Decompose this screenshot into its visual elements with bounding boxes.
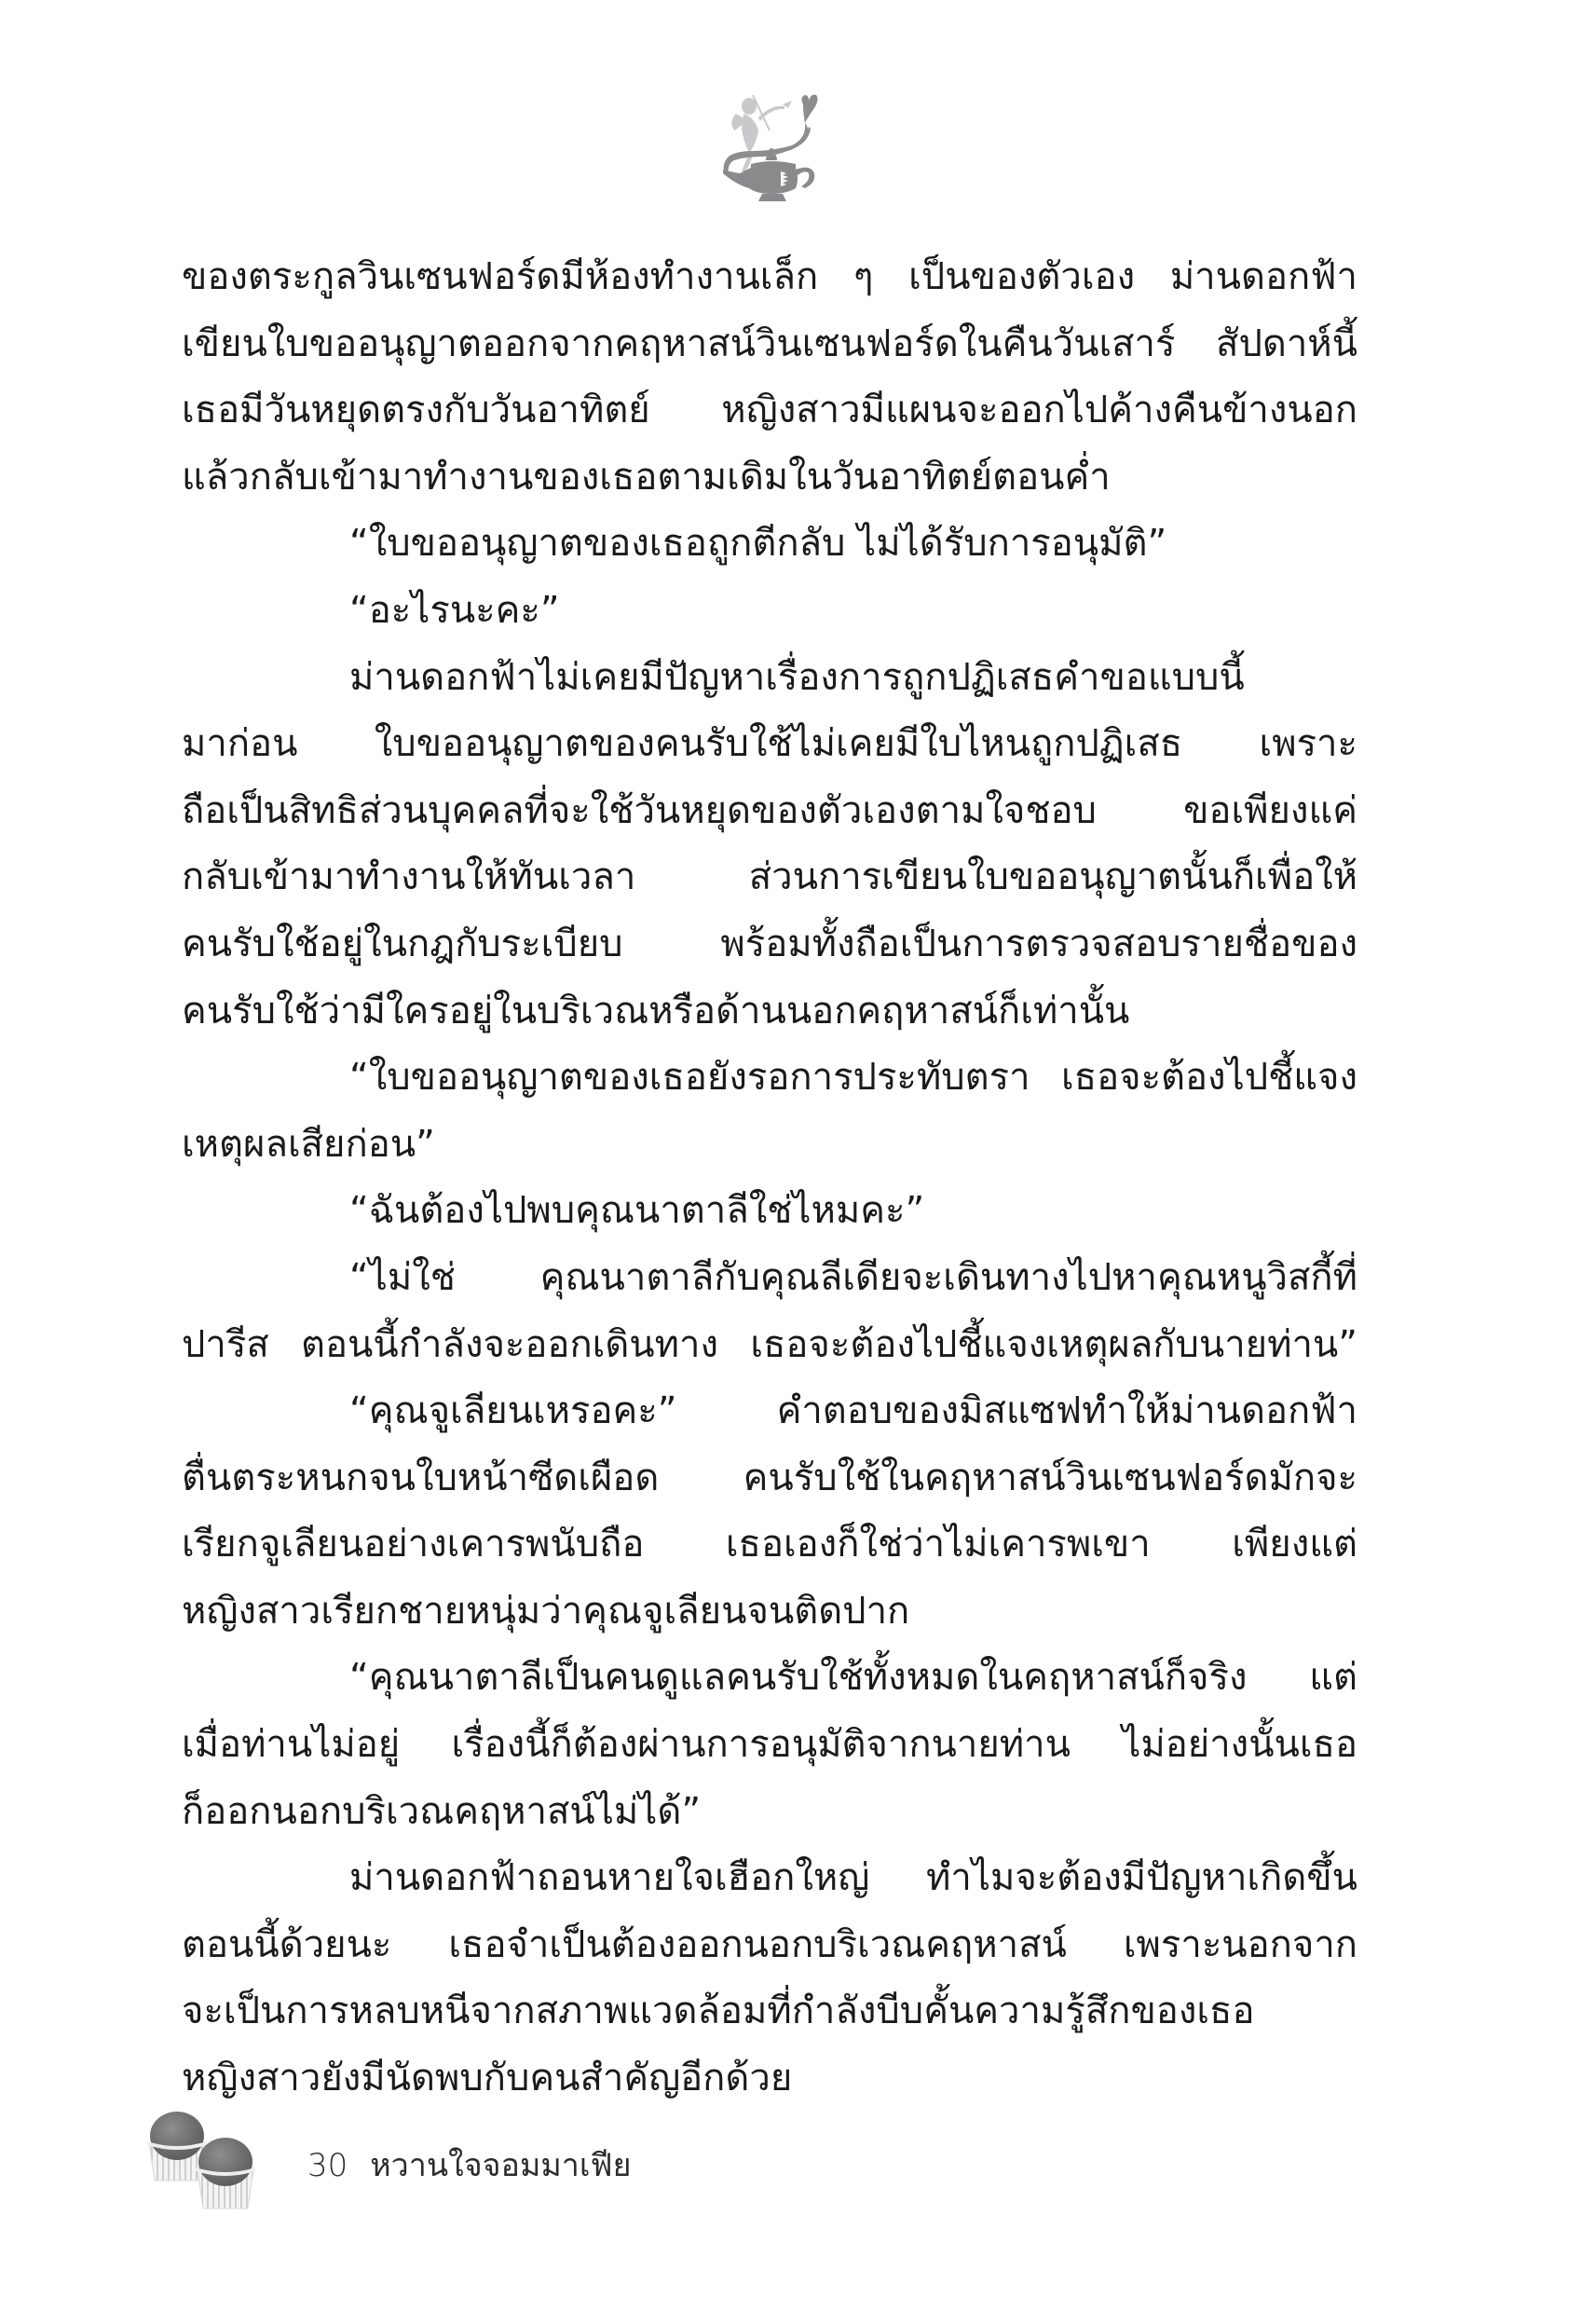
magic-lamp-cupid-icon [708, 86, 829, 202]
text-line: แล้วกลับเข้ามาทำงานของเธอตามเดิมในวันอาท… [182, 444, 1357, 512]
body-text: ของตระกูลวินเซนฟอร์ดมีห้องทำงานเล็ก ๆ เป… [182, 244, 1357, 2113]
text-line: ของตระกูลวินเซนฟอร์ดมีห้องทำงานเล็ก ๆ เป… [182, 244, 1357, 311]
text-line: ตอนนี้ด้วยนะ เธอจำเป็นต้องออกนอกบริเวณคฤ… [182, 1912, 1357, 1979]
book-page: ของตระกูลวินเซนฟอร์ดมีห้องทำงานเล็ก ๆ เป… [0, 0, 1596, 2311]
paragraph-first-line: “คุณนาตาลีเป็นคนดูแลคนรับใช้ทั้งหมดในคฤห… [182, 1645, 1357, 1712]
paragraph-first-line: “คุณจูเลียนเหรอคะ” คำตอบของมิสแซฟทำให้ม่… [182, 1378, 1357, 1445]
text-line: ถือเป็นสิทธิส่วนบุคคลที่จะใช้วันหยุดของต… [182, 778, 1357, 845]
text-line: เรียกจูเลียนอย่างเคารพนับถือ เธอเองก็ใช่… [182, 1511, 1357, 1579]
paragraph-first-line: “ใบขออนุญาตของเธอถูกตีกลับ ไม่ได้รับการอ… [182, 511, 1357, 578]
paragraph-first-line: “ใบขออนุญาตของเธอยังรอการประทับตรา เธอจะ… [182, 1045, 1357, 1112]
paragraph-first-line: “อะไรนะคะ” [182, 578, 1357, 645]
text-line: ก็ออกนอกบริเวณคฤหาสน์ไม่ได้” [182, 1779, 1357, 1846]
book-title: หวานใจจอมมาเฟีย [370, 2147, 631, 2184]
text-line: หญิงสาวยังมีนัดพบกับคนสำคัญอีกด้วย [182, 2045, 1357, 2113]
paragraph-first-line: ม่านดอกฟ้าถอนหายใจเฮือกใหญ่ ทำไมจะต้องมี… [182, 1845, 1357, 1912]
text-line: คนรับใช้อยู่ในกฎกับระเบียบ พร้อมทั้งถือเ… [182, 911, 1357, 978]
paragraph-first-line: ม่านดอกฟ้าไม่เคยมีปัญหาเรื่องการถูกปฏิเส… [182, 645, 1357, 712]
text-line: จะเป็นการหลบหนีจากสภาพแวดล้อมที่กำลังบีบ… [182, 1978, 1357, 2045]
text-line: คนรับใช้ว่ามีใครอยู่ในบริเวณหรือด้านนอกค… [182, 978, 1357, 1046]
page-footer: 30หวานใจจอมมาเฟีย [140, 2104, 792, 2216]
text-line: ตื่นตระหนกจนใบหน้าซีดเผือด คนรับใช้ในคฤห… [182, 1445, 1357, 1512]
text-line: หญิงสาวเรียกชายหนุ่มว่าคุณจูเลียนจนติดปา… [182, 1579, 1357, 1646]
text-line: ปารีส ตอนนี้กำลังจะออกเดินทาง เธอจะต้องไ… [182, 1312, 1357, 1379]
text-line: มาก่อน ใบขออนุญาตของคนรับใช้ไม่เคยมีใบไห… [182, 711, 1357, 778]
running-footer: 30หวานใจจอมมาเฟีย [307, 2140, 632, 2190]
text-line: เหตุผลเสียก่อน” [182, 1112, 1357, 1179]
cupcakes-icon [140, 2104, 275, 2216]
paragraph-first-line: “ไม่ใช่ คุณนาตาลีกับคุณลีเดียจะเดินทางไป… [182, 1245, 1357, 1312]
page-number: 30 [307, 2147, 348, 2184]
text-line: กลับเข้ามาทำงานให้ทันเวลา ส่วนการเขียนใบ… [182, 844, 1357, 911]
text-line: เขียนใบขออนุญาตออกจากคฤหาสน์วินเซนฟอร์ดใ… [182, 311, 1357, 378]
paragraph-first-line: “ฉันต้องไปพบคุณนาตาลีใช่ไหมคะ” [182, 1178, 1357, 1245]
text-line: เมื่อท่านไม่อยู่ เรื่องนี้ก็ต้องผ่านการอ… [182, 1712, 1357, 1779]
text-line: เธอมีวันหยุดตรงกับวันอาทิตย์ หญิงสาวมีแผ… [182, 377, 1357, 444]
